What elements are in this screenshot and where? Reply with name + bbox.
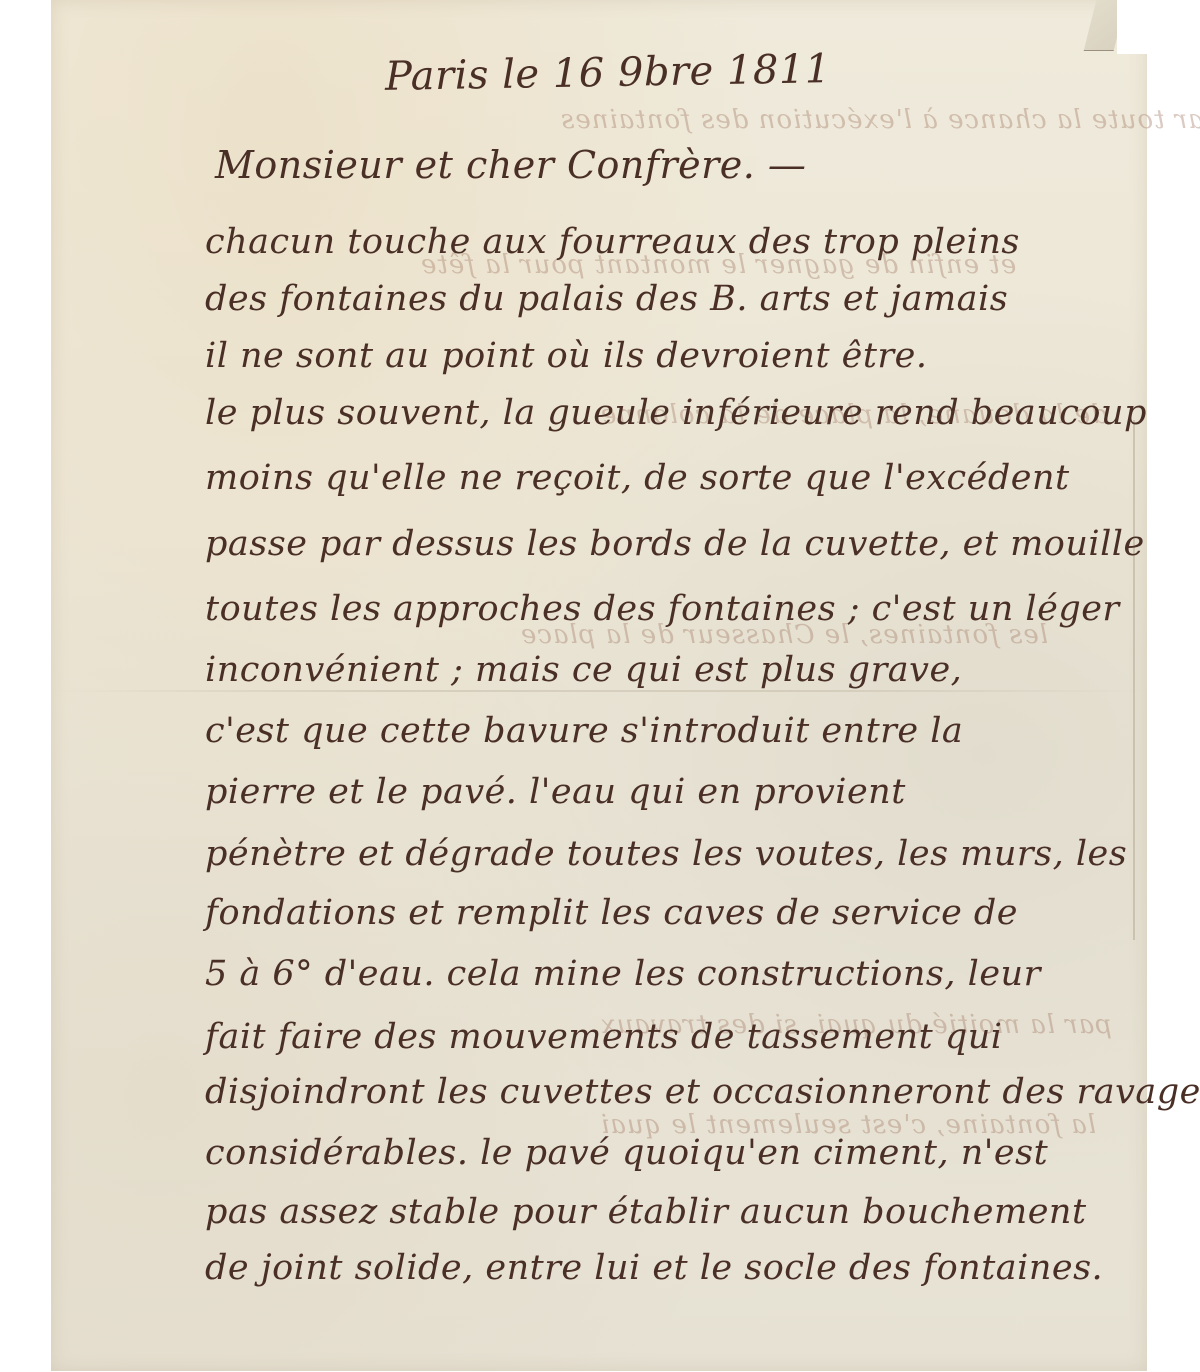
body-line: pas assez stable pour établir aucun bouc… [205, 1192, 1087, 1232]
body-line: considérables. le pavé quoiqu'en ciment,… [205, 1133, 1048, 1173]
body-line: c'est que cette bavure s'introduit entre… [205, 711, 963, 751]
body-line: chacun touche aux fourreaux des trop ple… [205, 222, 1020, 262]
body-line: passe par dessus les bords de la cuvette… [205, 524, 1145, 564]
body-line: disjoindront les cuvettes et occasionner… [205, 1072, 1200, 1112]
body-line: fait faire des mouvements de tassement q… [205, 1017, 1002, 1057]
body-line: des fontaines du palais des B. arts et j… [205, 279, 1008, 319]
body-line: pénètre et dégrade toutes les voutes, le… [205, 834, 1127, 874]
body-line: fondations et remplit les caves de servi… [205, 893, 1018, 933]
body-line: moins qu'elle ne reçoit, de sorte que l'… [205, 458, 1070, 498]
body-line: il ne sont au point où ils devroient êtr… [205, 336, 928, 376]
body-line: inconvénient ; mais ce qui est plus grav… [205, 650, 962, 690]
salutation: Monsieur et cher Confrère. — [215, 143, 806, 187]
body-line: pierre et le pavé. l'eau qui en provient [205, 772, 906, 812]
body-line: 5 à 6° d'eau. cela mine les construction… [205, 954, 1041, 994]
body-line: le plus souvent, la gueule inférieure re… [205, 393, 1147, 433]
body-line: toutes les approches des fontaines ; c'e… [205, 589, 1120, 629]
body-line: de joint solide, entre lui et le socle d… [205, 1248, 1103, 1288]
dateline: Paris le 16 9bre 1811 [385, 46, 832, 100]
letter-content: Paris le 16 9bre 1811 Monsieur et cher C… [0, 0, 1200, 1372]
